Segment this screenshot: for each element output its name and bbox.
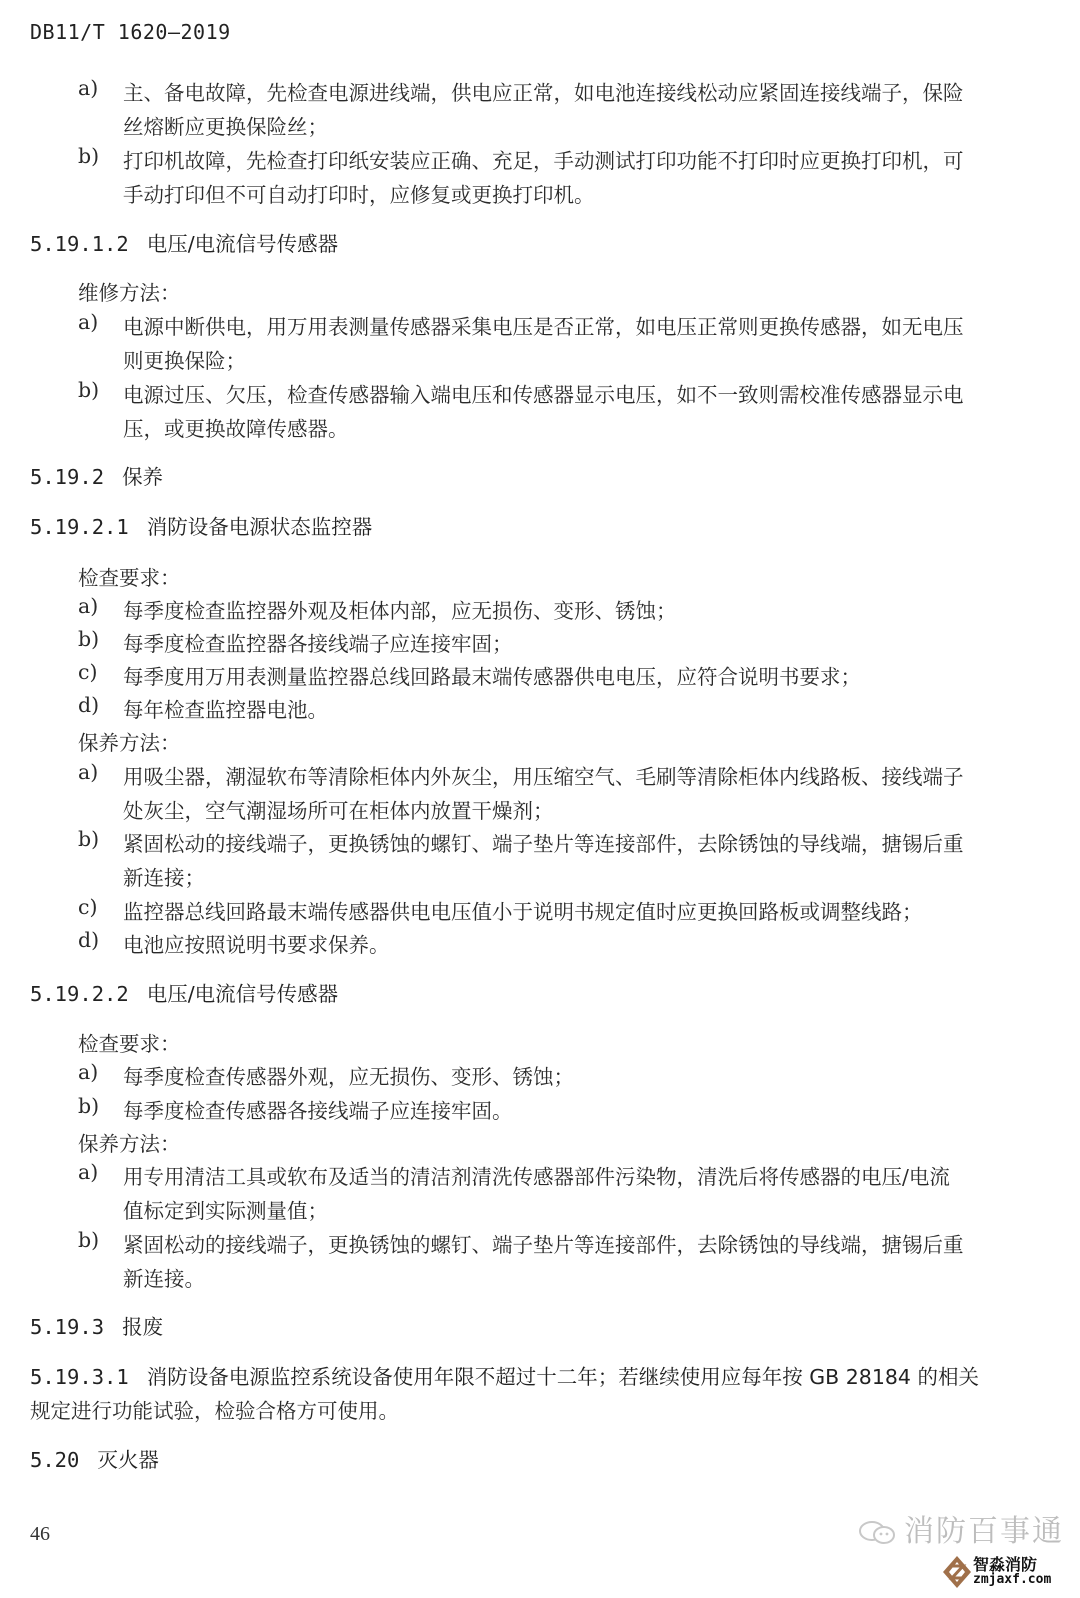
list-marker: b) [78,144,99,168]
section-number: 5.20 [30,1448,79,1472]
list-marker: a) [78,1160,98,1184]
subsection-label: 检查要求： [78,1027,181,1057]
section-title: 电压/电流信号传感器 [147,232,338,256]
list-marker: d) [78,693,99,717]
section-heading-5-19-2-1: 5.19.2.1消防设备电源状态监控器 [30,510,372,540]
list-item-line: 压，或更换故障传感器。 [123,412,349,442]
section-title: 报废 [122,1315,163,1339]
section-number: 5.19.2 [30,465,104,489]
list-item-line: 新连接； [123,861,205,891]
list-item-line: 打印机故障，先检查打印纸安装应正确、充足，手动测试打印功能不打印时应更换打印机，… [123,144,964,174]
list-item-line: 电源过压、欠压，检查传感器输入端电压和传感器显示电压，如不一致则需校准传感器显示… [123,378,964,408]
list-item-line: 丝熔断应更换保险丝； [123,110,328,140]
section-title: 消防设备电源状态监控器 [147,515,373,539]
clause-text: 消防设备电源监控系统设备使用年限不超过十二年；若继续使用应每年按 GB 2818… [147,1365,979,1389]
list-marker: a) [78,76,98,100]
subsection-label: 保养方法： [78,1127,181,1157]
document-id: DB11/T 1620—2019 [30,20,231,44]
list-item-line: 每季度检查传感器各接线端子应连接牢固。 [123,1094,513,1124]
section-heading-5-19-1-2: 5.19.1.2电压/电流信号传感器 [30,227,338,257]
list-item-line: 主、备电故障，先检查电源进线端，供电应正常，如电池连接线松动应紧固连接线端子，保… [123,76,964,106]
list-marker: a) [78,310,98,334]
list-item-line: 每季度用万用表测量监控器总线回路最末端传感器供电电压，应符合说明书要求； [123,660,861,690]
list-marker: b) [78,1094,99,1118]
watermark: 消防百事通 [858,1506,1064,1550]
list-marker: b) [78,627,99,651]
list-item-line: 紧固松动的接线端子，更换锈蚀的螺钉、端子垫片等连接部件，去除锈蚀的导线端，搪锡后… [123,1228,964,1258]
clause-5-19-3-1: 5.19.3.1消防设备电源监控系统设备使用年限不超过十二年；若继续使用应每年按… [30,1360,979,1390]
list-item-line: 值标定到实际测量值； [123,1194,328,1224]
list-item-line: 每季度检查监控器各接线端子应连接牢固； [123,627,513,657]
list-item-line: 紧固松动的接线端子，更换锈蚀的螺钉、端子垫片等连接部件，去除锈蚀的导线端，搪锡后… [123,827,964,857]
list-item-line: 手动打印但不可自动打印时，应修复或更换打印机。 [123,178,595,208]
section-heading-5-20: 5.20灭火器 [30,1443,159,1473]
section-number: 5.19.2.2 [30,982,129,1006]
list-item-line: 电源中断供电，用万用表测量传感器采集电压是否正常，如电压正常则更换传感器，如无电… [123,310,964,340]
list-marker: a) [78,594,98,618]
list-item-line: 新连接。 [123,1262,205,1292]
subsection-label: 检查要求： [78,561,181,591]
logo-domain: zmjaxf.com [973,1572,1051,1587]
page-number: 46 [30,1523,50,1546]
list-item-line: 处灰尘，空气潮湿场所可在柜体内放置干燥剂； [123,794,554,824]
list-item-line: 用专用清洁工具或软布及适当的清洁剂清洗传感器部件污染物，清洗后将传感器的电压/电… [123,1160,950,1190]
list-item-line: 监控器总线回路最末端传感器供电电压值小于说明书规定值时应更换回路板或调整线路； [123,895,923,925]
section-heading-5-19-2-2: 5.19.2.2电压/电流信号传感器 [30,977,338,1007]
list-marker: c) [78,895,97,919]
list-marker: b) [78,1228,99,1252]
list-item-line: 每年检查监控器电池。 [123,693,328,723]
section-number: 5.19.3 [30,1315,104,1339]
section-title: 灭火器 [97,1448,159,1472]
section-heading-5-19-3: 5.19.3报废 [30,1310,163,1340]
list-marker: b) [78,378,99,402]
list-item-line: 用吸尘器，潮湿软布等清除柜体内外灰尘，用压缩空气、毛刷等清除柜体内线路板、接线端… [123,760,964,790]
section-heading-5-19-2: 5.19.2保养 [30,460,163,490]
wechat-icon [858,1520,898,1546]
list-item-line: 每季度检查传感器外观，应无损伤、变形、锈蚀； [123,1060,574,1090]
section-title: 电压/电流信号传感器 [147,982,338,1006]
section-title: 保养 [122,465,163,489]
list-marker: a) [78,760,98,784]
watermark-text: 消防百事通 [904,1514,1064,1549]
list-marker: d) [78,928,99,952]
list-marker: a) [78,1060,98,1084]
subsection-label: 保养方法： [78,726,181,756]
list-marker: c) [78,660,97,684]
list-marker: b) [78,827,99,851]
section-number: 5.19.1.2 [30,232,129,256]
clause-text-line: 规定进行功能试验，检验合格方可使用。 [30,1394,399,1424]
subsection-label: 维修方法： [78,276,181,306]
section-number: 5.19.2.1 [30,515,129,539]
section-number: 5.19.3.1 [30,1365,129,1389]
list-item-line: 则更换保险； [123,344,246,374]
list-item-line: 每季度检查监控器外观及柜体内部，应无损伤、变形、锈蚀； [123,594,677,624]
list-item-line: 电池应按照说明书要求保养。 [123,928,390,958]
zm-logo-icon [943,1556,971,1588]
